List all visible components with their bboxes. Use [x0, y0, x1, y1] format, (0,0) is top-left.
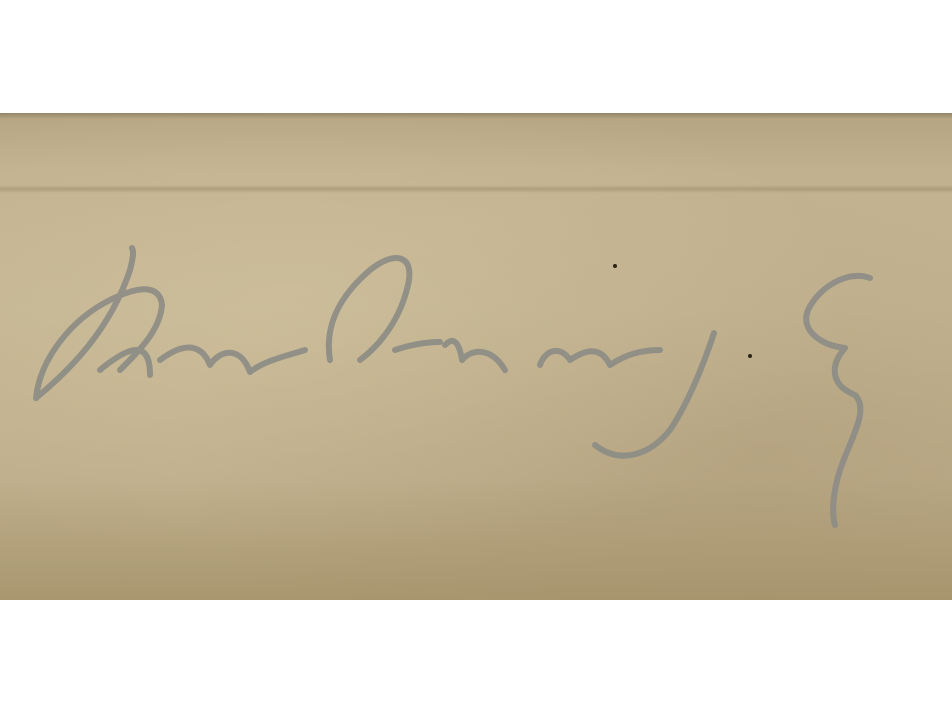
- pencil-signature: [0, 0, 952, 714]
